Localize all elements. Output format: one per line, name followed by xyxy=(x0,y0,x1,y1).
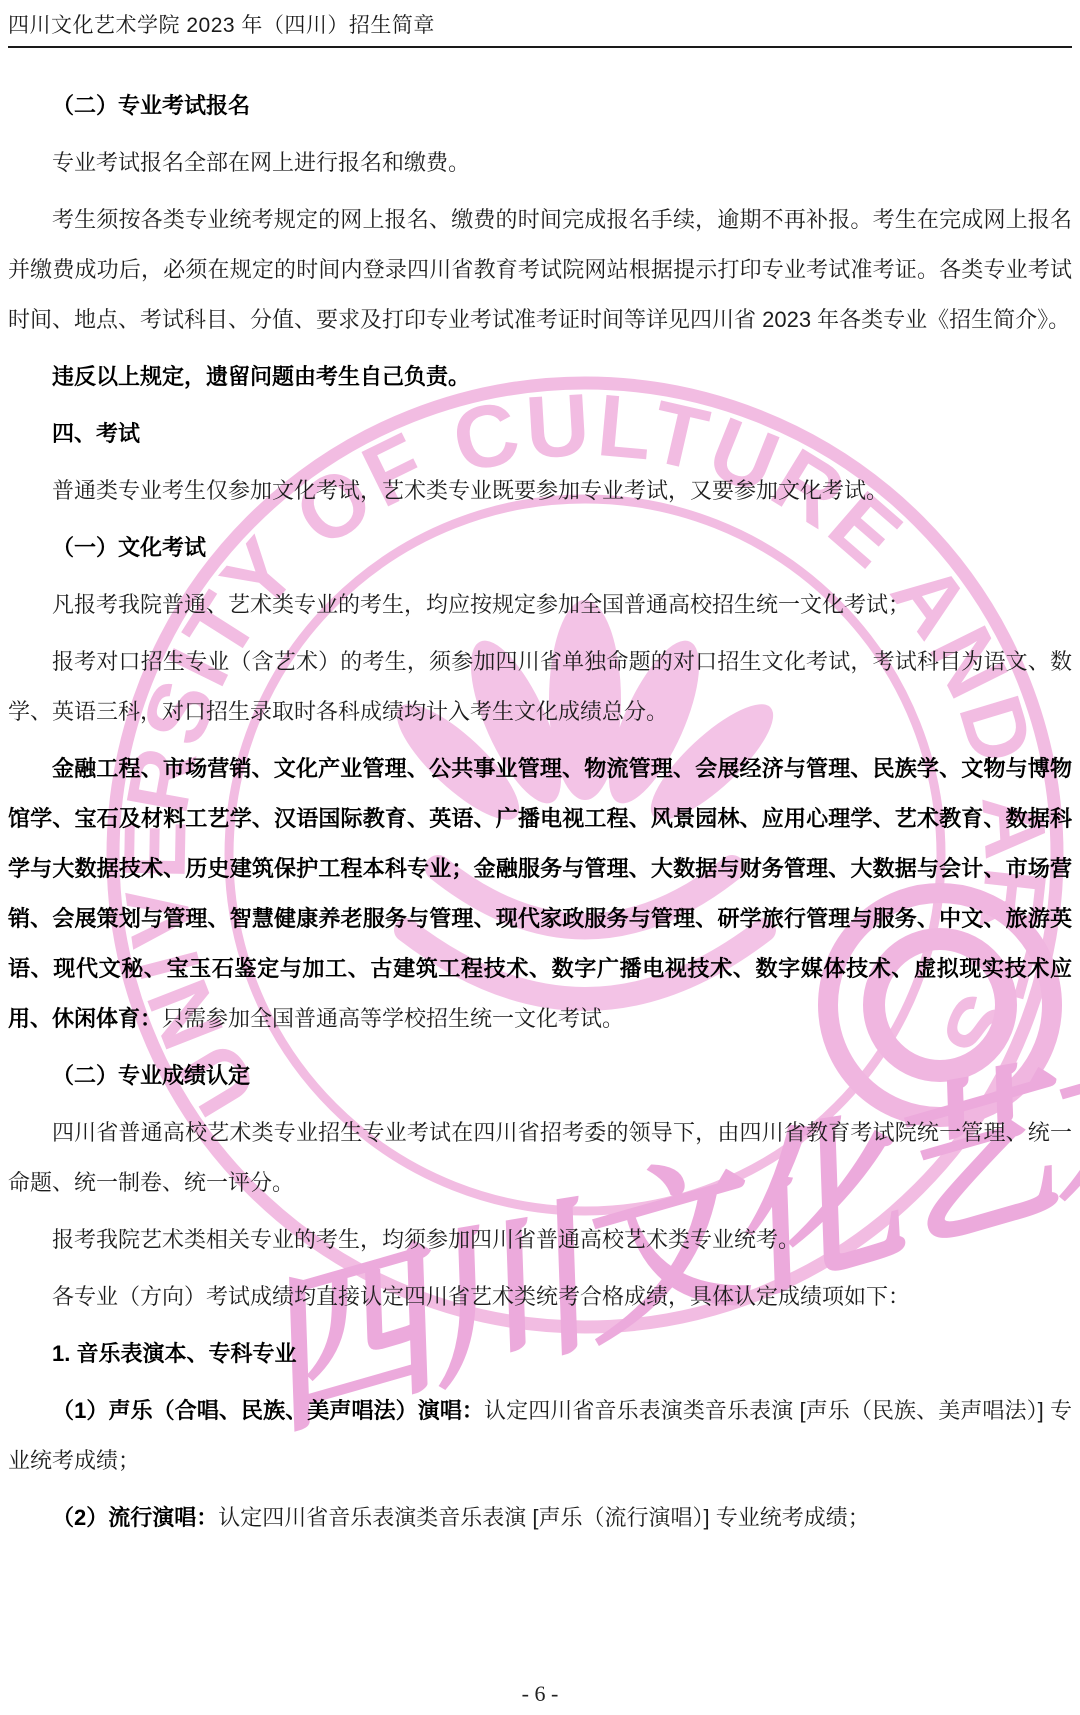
paragraph-text: 四川省普通高校艺术类专业招生专业考试在四川省招考委的领导下，由四川省教育考试院统… xyxy=(8,1120,1072,1195)
paragraph: 1. 音乐表演本、专科专业 xyxy=(8,1329,1072,1379)
paragraph: 违反以上规定，遗留问题由考生自己负责。 xyxy=(8,352,1072,402)
paragraph-text: 凡报考我院普通、艺术类专业的考生，均应按规定参加全国普通高校招生统一文化考试； xyxy=(52,592,910,617)
paragraph-bold-text: （2）流行演唱： xyxy=(52,1505,218,1530)
paragraph-text: 普通类专业考生仅参加文化考试，艺术类专业既要参加专业考试，又要参加文化考试。 xyxy=(52,478,888,503)
paragraph-text: 只需参加全国普通高等学校招生统一文化考试。 xyxy=(162,1006,624,1031)
paragraph-text: 报考我院艺术类相关专业的考生，均须参加四川省普通高校艺术类专业统考。 xyxy=(52,1227,800,1252)
paragraph-bold-text: 金融工程、市场营销、文化产业管理、公共事业管理、物流管理、会展经济与管理、民族学… xyxy=(8,756,1072,1031)
paragraph-bold-text: （1）声乐（合唱、民族、美声唱法）演唱： xyxy=(52,1398,484,1423)
document-page: UNIVERSITY OF CULTURE AND ARTS 四川文化艺术学院 … xyxy=(0,0,1080,1715)
paragraph: （一）文化考试 xyxy=(8,523,1072,573)
paragraph: 考生须按各类专业统考规定的网上报名、缴费的时间完成报名手续，逾期不再补报。考生在… xyxy=(8,195,1072,345)
document-body: （二）专业考试报名 专业考试报名全部在网上进行报名和缴费。 考生须按各类专业统考… xyxy=(0,48,1080,1543)
paragraph: 专业考试报名全部在网上进行报名和缴费。 xyxy=(8,138,1072,188)
paragraph: （2）流行演唱：认定四川省音乐表演类音乐表演 [声乐（流行演唱）] 专业统考成绩… xyxy=(8,1493,1072,1543)
paragraph-bold-text: 1. 音乐表演本、专科专业 xyxy=(52,1341,296,1366)
paragraph: （二）专业成绩认定 xyxy=(8,1051,1072,1101)
paragraph: 报考我院艺术类相关专业的考生，均须参加四川省普通高校艺术类专业统考。 xyxy=(8,1215,1072,1265)
paragraph: 报考对口招生专业（含艺术）的考生，须参加四川省单独命题的对口招生文化考试，考试科… xyxy=(8,637,1072,737)
page-number: - 6 - xyxy=(0,1681,1080,1707)
paragraph: 凡报考我院普通、艺术类专业的考生，均应按规定参加全国普通高校招生统一文化考试； xyxy=(8,580,1072,630)
paragraph-text: 报考对口招生专业（含艺术）的考生，须参加四川省单独命题的对口招生文化考试，考试科… xyxy=(8,649,1072,724)
paragraph-bold-text: 违反以上规定，遗留问题由考生自己负责。 xyxy=(52,364,470,389)
paragraph: 四、考试 xyxy=(8,409,1072,459)
page-header-title: 四川文化艺术学院 2023 年（四川）招生简章 xyxy=(8,11,1072,41)
paragraph: 金融工程、市场营销、文化产业管理、公共事业管理、物流管理、会展经济与管理、民族学… xyxy=(8,744,1072,1044)
paragraph: （1）声乐（合唱、民族、美声唱法）演唱：认定四川省音乐表演类音乐表演 [声乐（民… xyxy=(8,1386,1072,1486)
paragraph: （二）专业考试报名 xyxy=(8,81,1072,131)
paragraph-bold-text: （二）专业成绩认定 xyxy=(52,1063,250,1088)
paragraph-text: 专业考试报名全部在网上进行报名和缴费。 xyxy=(52,150,470,175)
paragraph-bold-text: （一）文化考试 xyxy=(52,535,206,560)
paragraph-text: 认定四川省音乐表演类音乐表演 [声乐（流行演唱）] 专业统考成绩； xyxy=(218,1505,869,1530)
paragraph-bold-text: （二）专业考试报名 xyxy=(52,93,250,118)
page-header: 四川文化艺术学院 2023 年（四川）招生简章 xyxy=(0,0,1080,48)
paragraph-text: 考生须按各类专业统考规定的网上报名、缴费的时间完成报名手续，逾期不再补报。考生在… xyxy=(8,207,1072,332)
paragraph-bold-text: 四、考试 xyxy=(52,421,140,446)
paragraph: 普通类专业考生仅参加文化考试，艺术类专业既要参加专业考试，又要参加文化考试。 xyxy=(8,466,1072,516)
paragraph-text: 各专业（方向）考试成绩均直接认定四川省艺术类统考合格成绩，具体认定成绩项如下： xyxy=(52,1284,910,1309)
paragraph: 四川省普通高校艺术类专业招生专业考试在四川省招考委的领导下，由四川省教育考试院统… xyxy=(8,1108,1072,1208)
paragraph: 各专业（方向）考试成绩均直接认定四川省艺术类统考合格成绩，具体认定成绩项如下： xyxy=(8,1272,1072,1322)
